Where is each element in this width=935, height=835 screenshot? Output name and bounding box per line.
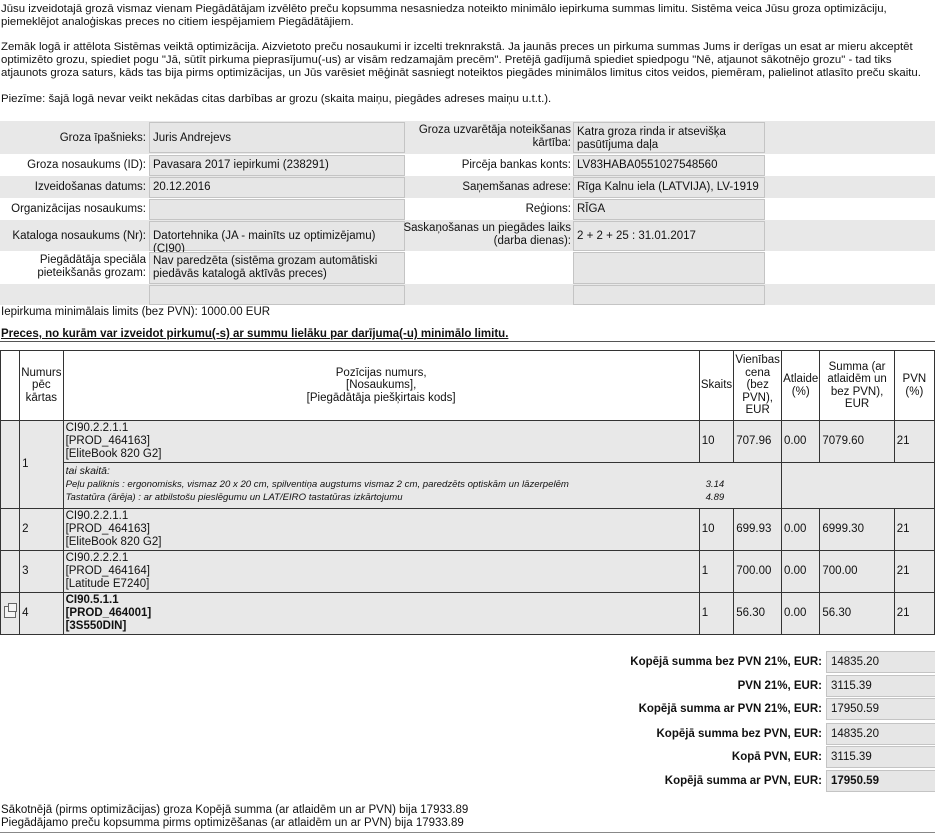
organization-value bbox=[149, 199, 405, 220]
included-title: tai skaitā: bbox=[66, 465, 779, 478]
total-gross-21-label: Kopējā summa ar PVN 21%, EUR: bbox=[639, 703, 822, 715]
table-header-row: Numurs pēc kārtas Pozīcijas numurs, [Nos… bbox=[1, 351, 935, 421]
info-row: Izveidošanas datums: 20.12.2016 Saņemšan… bbox=[0, 176, 935, 198]
empty-value bbox=[149, 285, 405, 305]
bank-account-value: LV83HABA0551027548560 bbox=[573, 155, 765, 176]
header-position-line2: [Nosaukums], bbox=[346, 379, 416, 391]
catalog-name-label: Kataloga nosaukums (Nr): bbox=[0, 230, 146, 243]
intro-paragraph-1: Jūsu izveidotajā grozā vismaz vienam Pie… bbox=[1, 3, 935, 29]
section-title: Preces, no kurām var izveidot pirkumu(-s… bbox=[1, 328, 508, 340]
winner-rule-value: Katra groza rinda ir atsevišķa pasūtījum… bbox=[573, 122, 765, 153]
cart-name-value: Pavasara 2017 iepirkumi (238291) bbox=[149, 155, 405, 176]
row-unit-price: 699.93 bbox=[734, 509, 782, 551]
row-description: CI90.2.2.2.1 [PROD_464164] [Latitude E72… bbox=[63, 551, 699, 593]
delivery-time-value: 2 + 2 + 25 : 31.01.2017 bbox=[573, 221, 765, 251]
included-item: Peļu paliknis : ergonomisks, vismaz 20 x… bbox=[66, 478, 779, 491]
included-item: Tastatūra (ārēja) : ar atbilstošu pieslē… bbox=[66, 491, 779, 504]
total-gross-value: 17950.59 bbox=[826, 770, 935, 792]
minimum-limit-text: Iepirkuma minimālais limits (bez PVN): 1… bbox=[1, 306, 270, 318]
total-net-21-value: 14835.20 bbox=[826, 651, 935, 673]
row-quantity: 1 bbox=[699, 551, 734, 593]
row-sum: 7079.60 bbox=[820, 421, 894, 463]
header-number: Numurs pēc kārtas bbox=[20, 351, 63, 421]
row-unit-price: 700.00 bbox=[734, 551, 782, 593]
total-row: PVN 21%, EUR: 3115.39 bbox=[0, 675, 935, 697]
row-discount: 0.00 bbox=[782, 593, 820, 635]
total-gross-21-value: 17950.59 bbox=[826, 698, 935, 720]
catalog-name-value: Datortehnika (JA - mainīts uz optimizēja… bbox=[149, 221, 405, 251]
total-row: Kopā PVN, EUR: 3115.39 bbox=[0, 746, 935, 768]
included-item-text: Tastatūra (ārēja) : ar atbilstošu pieslē… bbox=[66, 491, 706, 504]
winner-rule-label: Groza uzvarētāja noteikšanas kārtība: bbox=[400, 124, 571, 150]
intro-note: Piezīme: šajā logā nevar veikt nekādas c… bbox=[1, 93, 935, 106]
total-row: Kopējā summa ar PVN 21%, EUR: 17950.59 bbox=[0, 698, 935, 720]
replaced-item-icon[interactable] bbox=[4, 606, 16, 618]
row-vat: 21 bbox=[894, 551, 934, 593]
supplier-special-value: Nav paredzēta (sistēma grozam automātisk… bbox=[149, 252, 405, 284]
header-icon-col bbox=[1, 351, 20, 421]
vat-21-label: PVN 21%, EUR: bbox=[738, 680, 822, 692]
total-vat-label: Kopā PVN, EUR: bbox=[732, 751, 822, 763]
row-sum: 56.30 bbox=[820, 593, 894, 635]
total-net-value: 14835.20 bbox=[826, 723, 935, 745]
row-unit-price: 56.30 bbox=[734, 593, 782, 635]
empty-value bbox=[573, 285, 765, 305]
total-net-21-label: Kopējā summa bez PVN 21%, EUR: bbox=[630, 656, 822, 668]
item-code: CI90.2.2.1.1 bbox=[66, 422, 129, 434]
header-position: Pozīcijas numurs, [Nosaukums], [Piegādāt… bbox=[63, 351, 699, 421]
table-subrow-included: tai skaitā: Peļu paliknis : ergonomisks,… bbox=[1, 463, 935, 509]
total-net-label: Kopējā summa bez PVN, EUR: bbox=[656, 728, 822, 740]
organization-label: Organizācijas nosaukums: bbox=[0, 203, 146, 216]
header-sum: Summa (ar atlaidēm un bez PVN), EUR bbox=[820, 351, 894, 421]
row-sum: 6999.30 bbox=[820, 509, 894, 551]
row-icon-cell bbox=[1, 509, 20, 551]
item-code: CI90.5.1.1 bbox=[66, 594, 119, 606]
row-number: 3 bbox=[20, 551, 63, 593]
included-item-text: Peļu paliknis : ergonomisks, vismaz 20 x… bbox=[66, 478, 706, 491]
row-icon-cell bbox=[1, 551, 20, 593]
total-row: Kopējā summa bez PVN, EUR: 14835.20 bbox=[0, 723, 935, 745]
row-quantity: 1 bbox=[699, 593, 734, 635]
table-row: 1 CI90.2.2.1.1 [PROD_464163] [EliteBook … bbox=[1, 421, 935, 463]
bank-account-label: Pircēja bankas konts: bbox=[400, 159, 571, 172]
item-product-id: [PROD_464163] bbox=[66, 435, 150, 447]
section-divider bbox=[0, 341, 935, 342]
total-gross-label: Kopējā summa ar PVN, EUR: bbox=[665, 775, 822, 787]
region-value: RĪGA bbox=[573, 199, 765, 220]
info-row: Groza nosaukums (ID): Pavasara 2017 iepi… bbox=[0, 154, 935, 176]
row-description: CI90.5.1.1 [PROD_464001] [3S550DIN] bbox=[63, 593, 699, 635]
header-position-line1: Pozīcijas numurs, bbox=[336, 367, 427, 379]
row-discount: 0.00 bbox=[782, 421, 820, 463]
intro-paragraph-2: Zemāk logā ir attēlota Sistēmas veiktā o… bbox=[1, 41, 935, 80]
included-items-list: tai skaitā: Peļu paliknis : ergonomisks,… bbox=[66, 465, 779, 504]
total-row: Kopējā summa ar PVN, EUR: 17950.59 bbox=[0, 770, 935, 792]
region-label: Reģions: bbox=[400, 203, 571, 216]
row-vat: 21 bbox=[894, 593, 934, 635]
row-icon-cell bbox=[1, 593, 20, 635]
row-number: 2 bbox=[20, 509, 63, 551]
info-row: Groza īpašnieks: Juris Andrejevs Groza u… bbox=[0, 121, 935, 154]
table-row: 2 CI90.2.2.1.1 [PROD_464163] [EliteBook … bbox=[1, 509, 935, 551]
row-icon-cell bbox=[1, 421, 20, 509]
table-row-replaced: 4 CI90.5.1.1 [PROD_464001] [3S550DIN] 1 … bbox=[1, 593, 935, 635]
delivery-time-label: Saskaņošanas un piegādes laiks (darba di… bbox=[400, 222, 571, 248]
item-name: [3S550DIN] bbox=[66, 620, 127, 632]
item-product-id: [PROD_464163] bbox=[66, 523, 150, 535]
created-date-label: Izveidošanas datums: bbox=[0, 181, 146, 194]
vat-21-value: 3115.39 bbox=[826, 675, 935, 697]
pre-optimization-total-text: Piegādājamo preču kopsumma pirms optimiz… bbox=[1, 817, 464, 830]
item-product-id: [PROD_464001] bbox=[66, 607, 152, 619]
header-unit-price: Vienības cena (bez PVN), EUR bbox=[734, 351, 782, 421]
included-items: tai skaitā: Peļu paliknis : ergonomisks,… bbox=[63, 463, 781, 509]
row-vat: 21 bbox=[894, 421, 934, 463]
total-row: Kopējā summa bez PVN 21%, EUR: 14835.20 bbox=[0, 651, 935, 673]
row-quantity: 10 bbox=[699, 421, 734, 463]
empty-value bbox=[573, 252, 765, 284]
included-empty bbox=[782, 463, 935, 509]
item-code: CI90.2.2.1.1 bbox=[66, 510, 129, 522]
row-discount: 0.00 bbox=[782, 509, 820, 551]
row-description: CI90.2.2.1.1 [PROD_464163] [EliteBook 82… bbox=[63, 421, 699, 463]
item-name: [EliteBook 820 G2] bbox=[66, 536, 162, 548]
delivery-address-value: Rīga Kalnu iela (LATVIJA), LV-1919 bbox=[573, 177, 765, 198]
header-discount: Atlaide (%) bbox=[782, 351, 820, 421]
supplier-special-label: Piegādātāja speciāla pieteikšanās grozam… bbox=[0, 254, 146, 280]
row-number: 4 bbox=[20, 593, 63, 635]
included-item-price: 3.14 bbox=[706, 478, 779, 491]
bottom-divider bbox=[0, 832, 935, 833]
included-item-price: 4.89 bbox=[706, 491, 779, 504]
item-product-id: [PROD_464164] bbox=[66, 565, 150, 577]
header-position-line3: [Piegādātāja piešķirtais kods] bbox=[307, 392, 456, 404]
cart-name-label: Groza nosaukums (ID): bbox=[0, 159, 146, 172]
info-row: Kataloga nosaukums (Nr): Datortehnika (J… bbox=[0, 220, 935, 251]
row-unit-price: 707.96 bbox=[734, 421, 782, 463]
row-vat: 21 bbox=[894, 509, 934, 551]
cart-owner-label: Groza īpašnieks: bbox=[0, 132, 146, 145]
info-row bbox=[0, 284, 935, 305]
cart-owner-value: Juris Andrejevs bbox=[149, 122, 405, 153]
header-quantity: Skaits bbox=[699, 351, 734, 421]
info-row: Organizācijas nosaukums: Reģions: RĪGA bbox=[0, 198, 935, 220]
row-sum: 700.00 bbox=[820, 551, 894, 593]
created-date-value: 20.12.2016 bbox=[149, 177, 405, 198]
item-name: [Latitude E7240] bbox=[66, 578, 150, 590]
row-description: CI90.2.2.1.1 [PROD_464163] [EliteBook 82… bbox=[63, 509, 699, 551]
original-total-text: Sākotnējā (pirms optimizācijas) groza Ko… bbox=[1, 804, 468, 817]
table-row: 3 CI90.2.2.2.1 [PROD_464164] [Latitude E… bbox=[1, 551, 935, 593]
item-name: [EliteBook 820 G2] bbox=[66, 448, 162, 460]
info-row: Piegādātāja speciāla pieteikšanās grozam… bbox=[0, 251, 935, 284]
row-quantity: 10 bbox=[699, 509, 734, 551]
item-code: CI90.2.2.2.1 bbox=[66, 552, 129, 564]
delivery-address-label: Saņemšanas adrese: bbox=[400, 181, 571, 194]
header-vat: PVN (%) bbox=[894, 351, 934, 421]
row-discount: 0.00 bbox=[782, 551, 820, 593]
row-number: 1 bbox=[20, 421, 63, 509]
total-vat-value: 3115.39 bbox=[826, 746, 935, 768]
items-table: Numurs pēc kārtas Pozīcijas numurs, [Nos… bbox=[0, 350, 935, 635]
